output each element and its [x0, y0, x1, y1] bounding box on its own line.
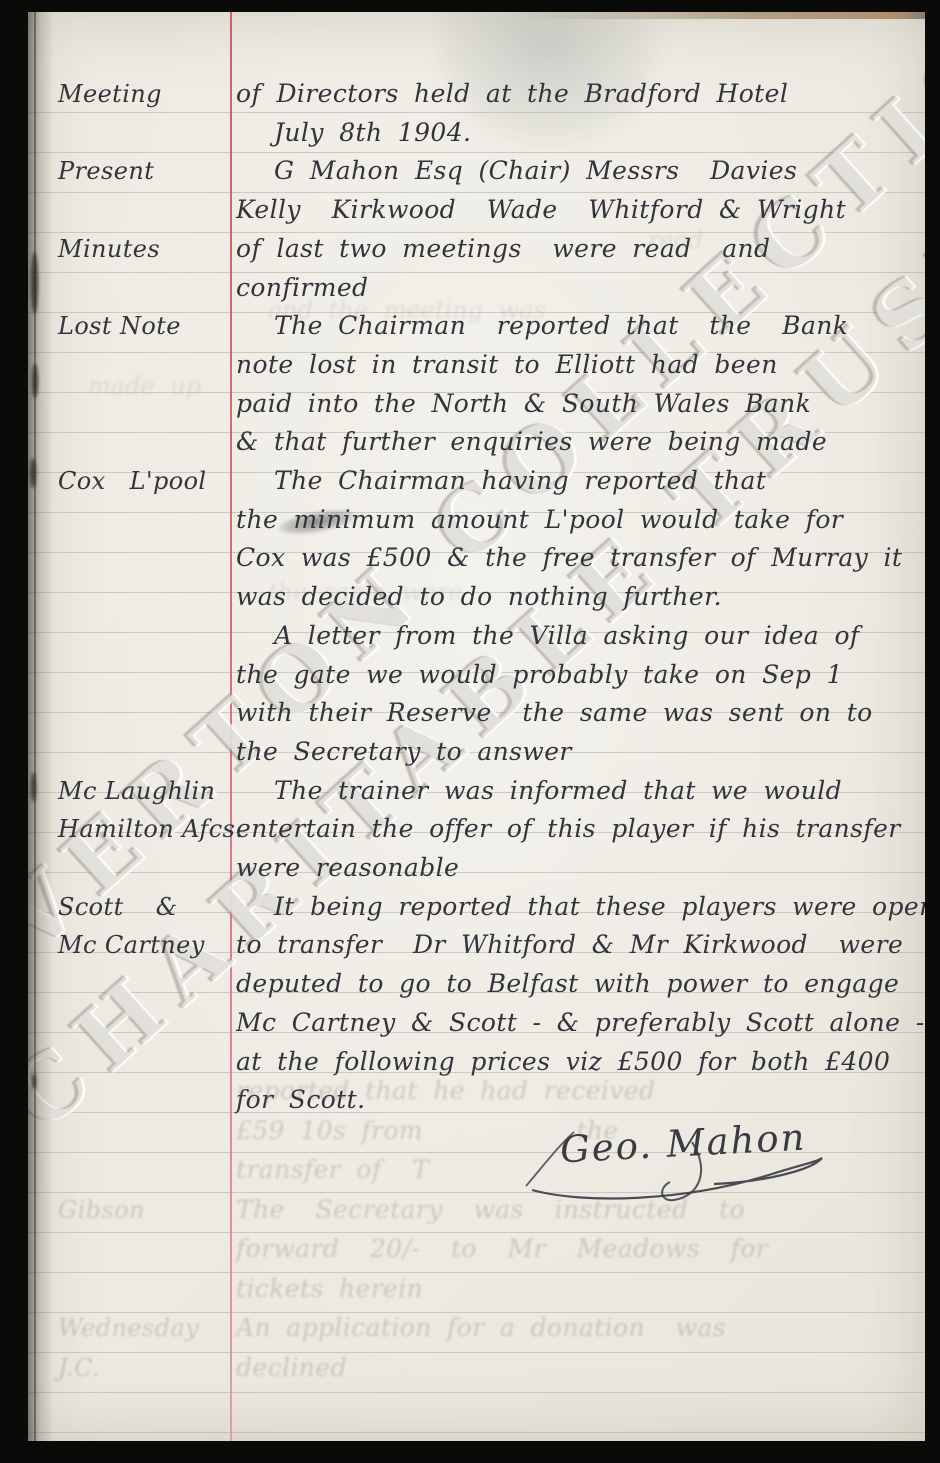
ghost-margin-label: J.C.	[58, 1348, 100, 1388]
ghost-line: J.C.declined	[28, 1348, 925, 1388]
ghost-line: reported that he had received	[28, 1071, 925, 1111]
bleed-through-text-block: reported that he had received£59 10s fro…	[28, 12, 925, 1441]
binding-ink-blot	[31, 772, 36, 802]
scanned-minute-book-photo: THE EVERTON COLLECTION CHARITABLE TRUST …	[0, 0, 940, 1463]
ghost-margin-label: Gibson	[58, 1190, 145, 1230]
page-top-edge	[28, 12, 925, 19]
binding-ink-blot	[30, 458, 36, 488]
binding-edge	[34, 12, 36, 1441]
ghost-line: tickets herein	[28, 1269, 925, 1309]
binding-ink-blot	[31, 252, 38, 314]
binding-ink-blot	[32, 1074, 36, 1090]
binding-ink-blot	[32, 364, 38, 398]
ghost-body-text: forward 20/- to Mr Meadows for	[236, 1229, 911, 1269]
ghost-body-text: An application for a donation was	[236, 1308, 911, 1348]
ghost-margin-label: Wednesday	[58, 1308, 199, 1348]
ghost-line: forward 20/- to Mr Meadows for	[28, 1229, 925, 1269]
ghost-body-text: declined	[236, 1348, 911, 1388]
signature-block: Geo. Mahon	[514, 1112, 844, 1207]
ghost-line: WednesdayAn application for a donation w…	[28, 1308, 925, 1348]
ledger-page: THE EVERTON COLLECTION CHARITABLE TRUST …	[28, 12, 925, 1441]
binding-shadow	[28, 12, 58, 1441]
ghost-body-text: reported that he had received	[236, 1071, 911, 1111]
ghost-body-text: tickets herein	[236, 1269, 911, 1309]
